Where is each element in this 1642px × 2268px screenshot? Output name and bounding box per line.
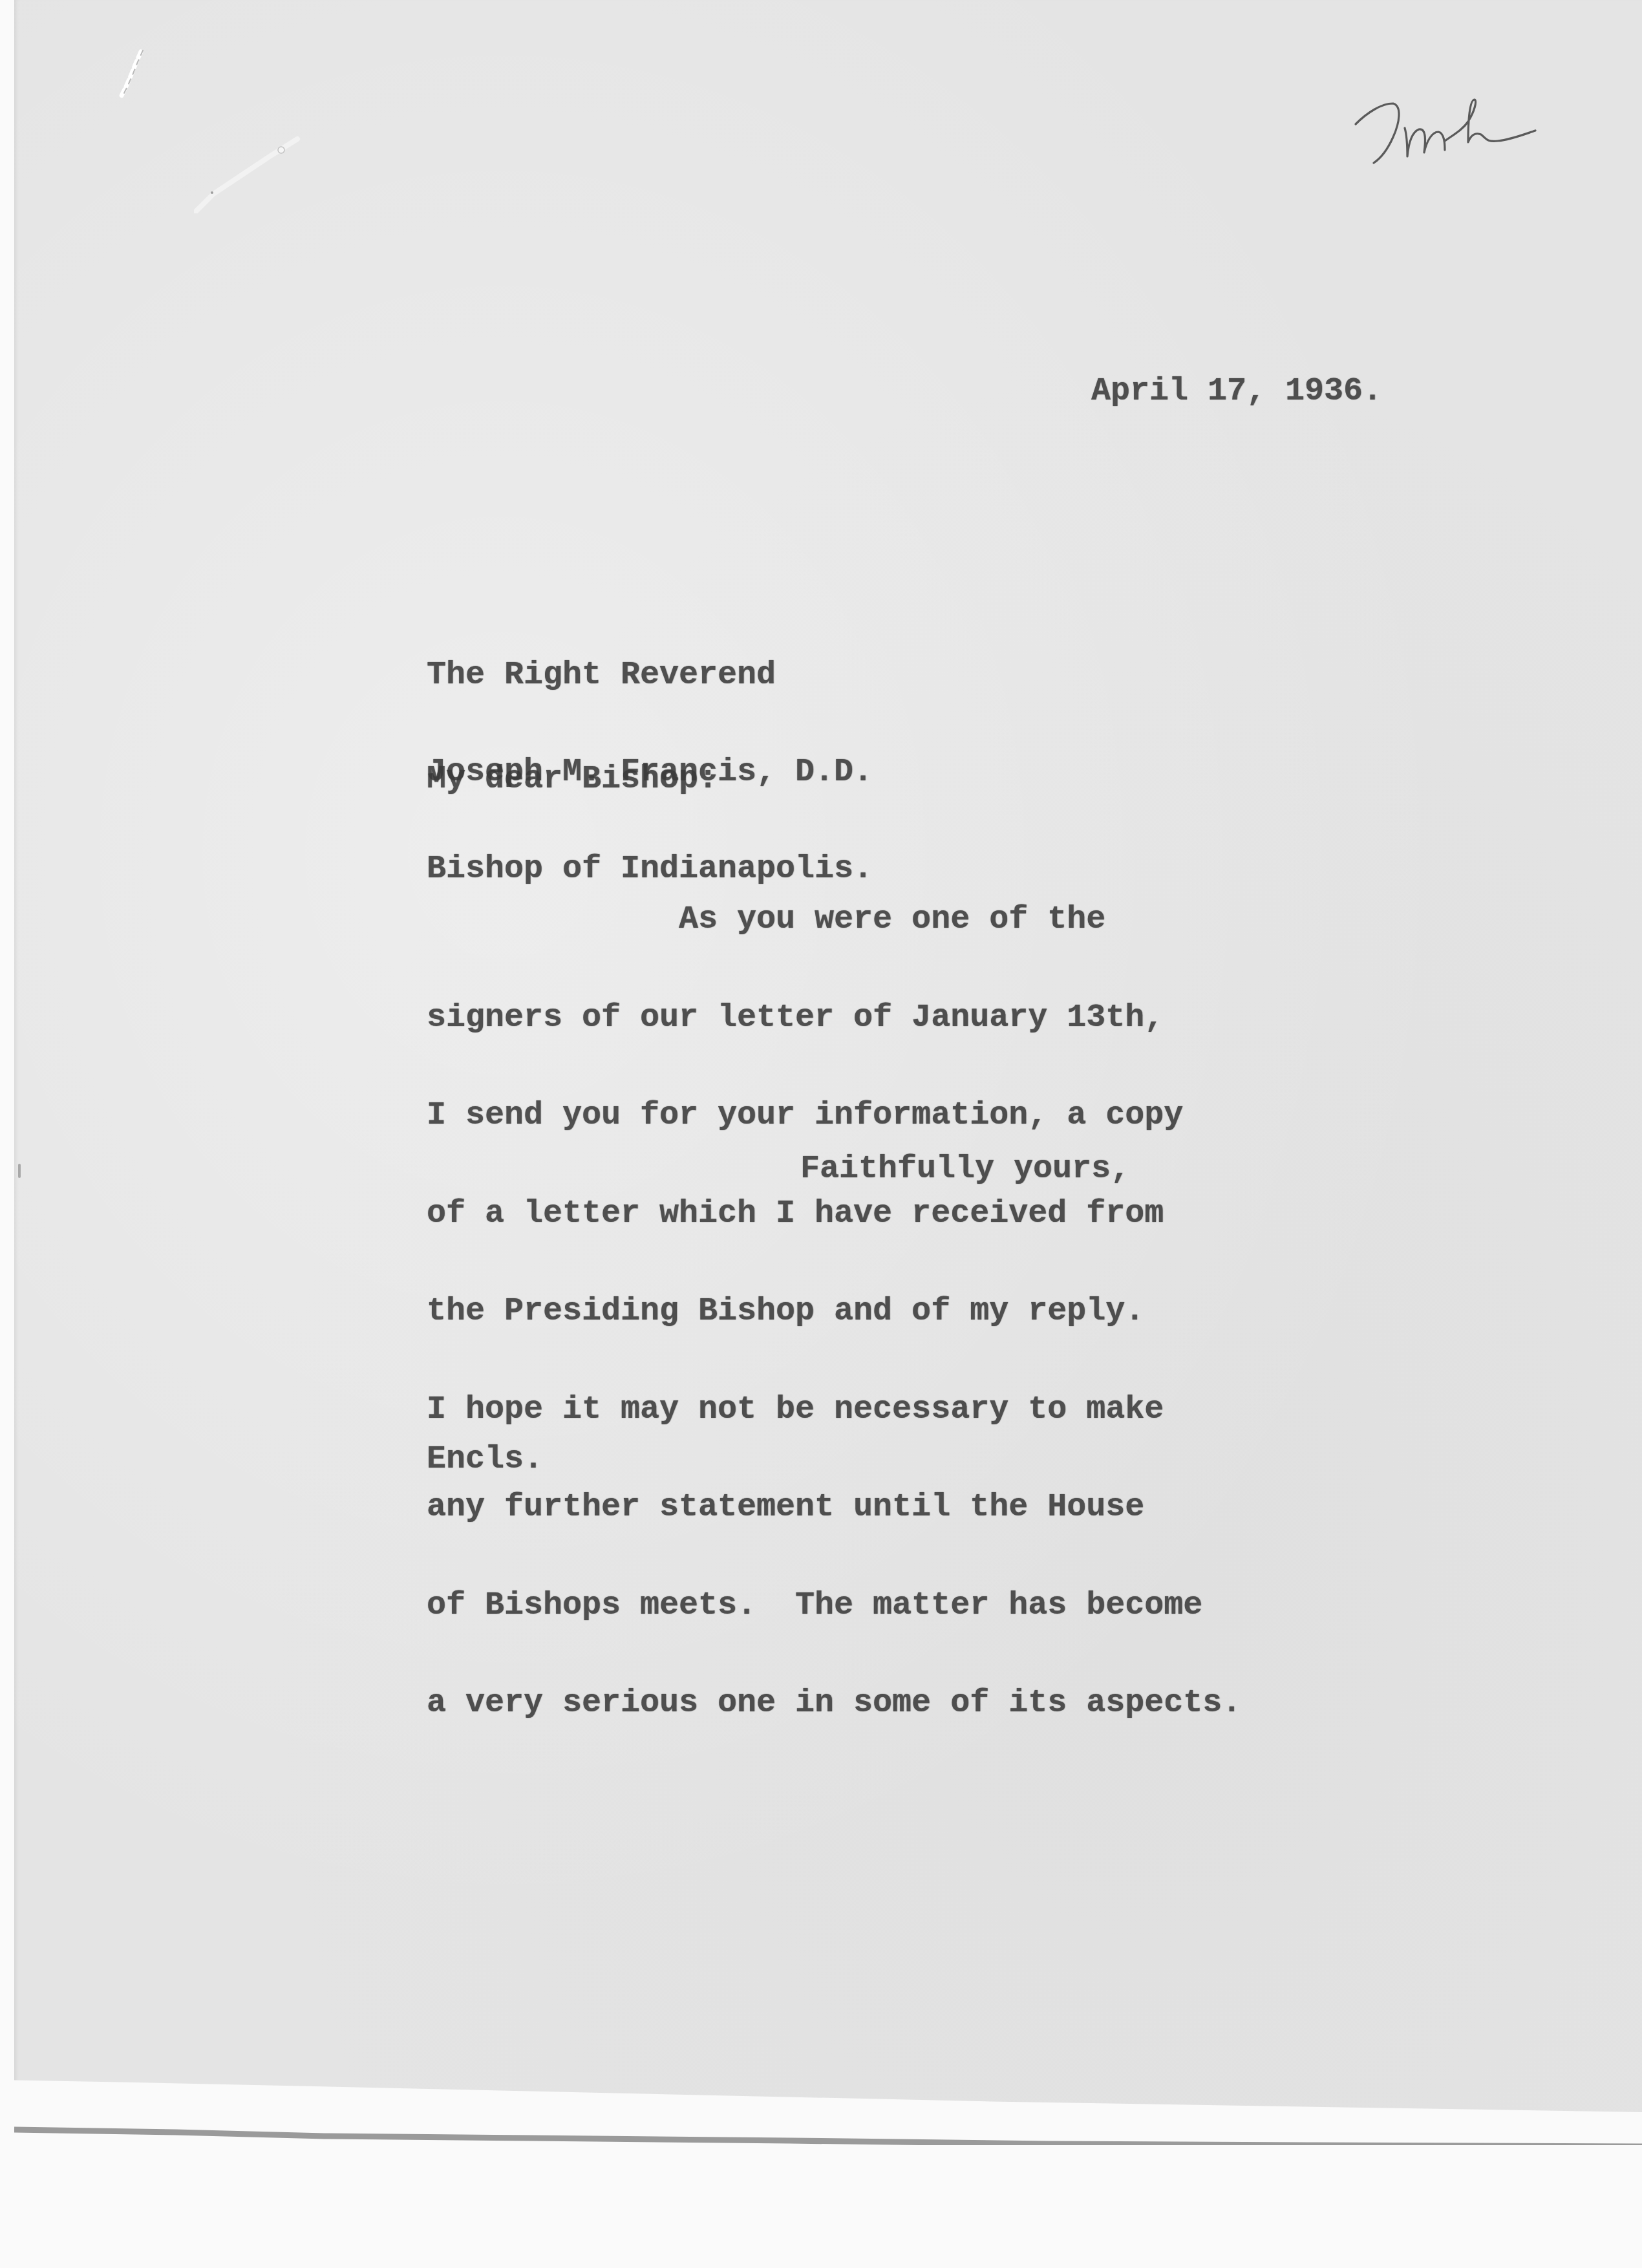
body-line: I hope it may not be necessary to make bbox=[427, 1394, 1241, 1427]
handwritten-initials bbox=[1348, 78, 1555, 168]
salutation: My dear Bishop: bbox=[427, 763, 718, 796]
body-line: the Presiding Bishop and of my reply. bbox=[427, 1296, 1241, 1329]
recipient-line-title: The Right Reverend bbox=[427, 659, 873, 692]
body-line: a very serious one in some of its aspect… bbox=[427, 1687, 1241, 1720]
crease-mark bbox=[194, 136, 310, 213]
staple-holes-mark bbox=[103, 45, 149, 107]
margin-mark bbox=[18, 1164, 21, 1178]
complimentary-close: Faithfully yours, bbox=[800, 1153, 1130, 1186]
enclosure-note: Encls. bbox=[427, 1443, 543, 1476]
body-line: I send you for your information, a copy bbox=[427, 1100, 1241, 1133]
body-line: of a letter which I have received from bbox=[427, 1198, 1241, 1231]
body-line: As you were one of the bbox=[427, 904, 1241, 937]
letter-date: April 17, 1936. bbox=[1091, 375, 1382, 408]
letter-body: As you were one of the signers of our le… bbox=[427, 839, 1241, 1753]
body-line: of Bishops meets. The matter has become bbox=[427, 1590, 1241, 1623]
body-line: signers of our letter of January 13th, bbox=[427, 1002, 1241, 1035]
body-line: any further statement until the House bbox=[427, 1492, 1241, 1524]
